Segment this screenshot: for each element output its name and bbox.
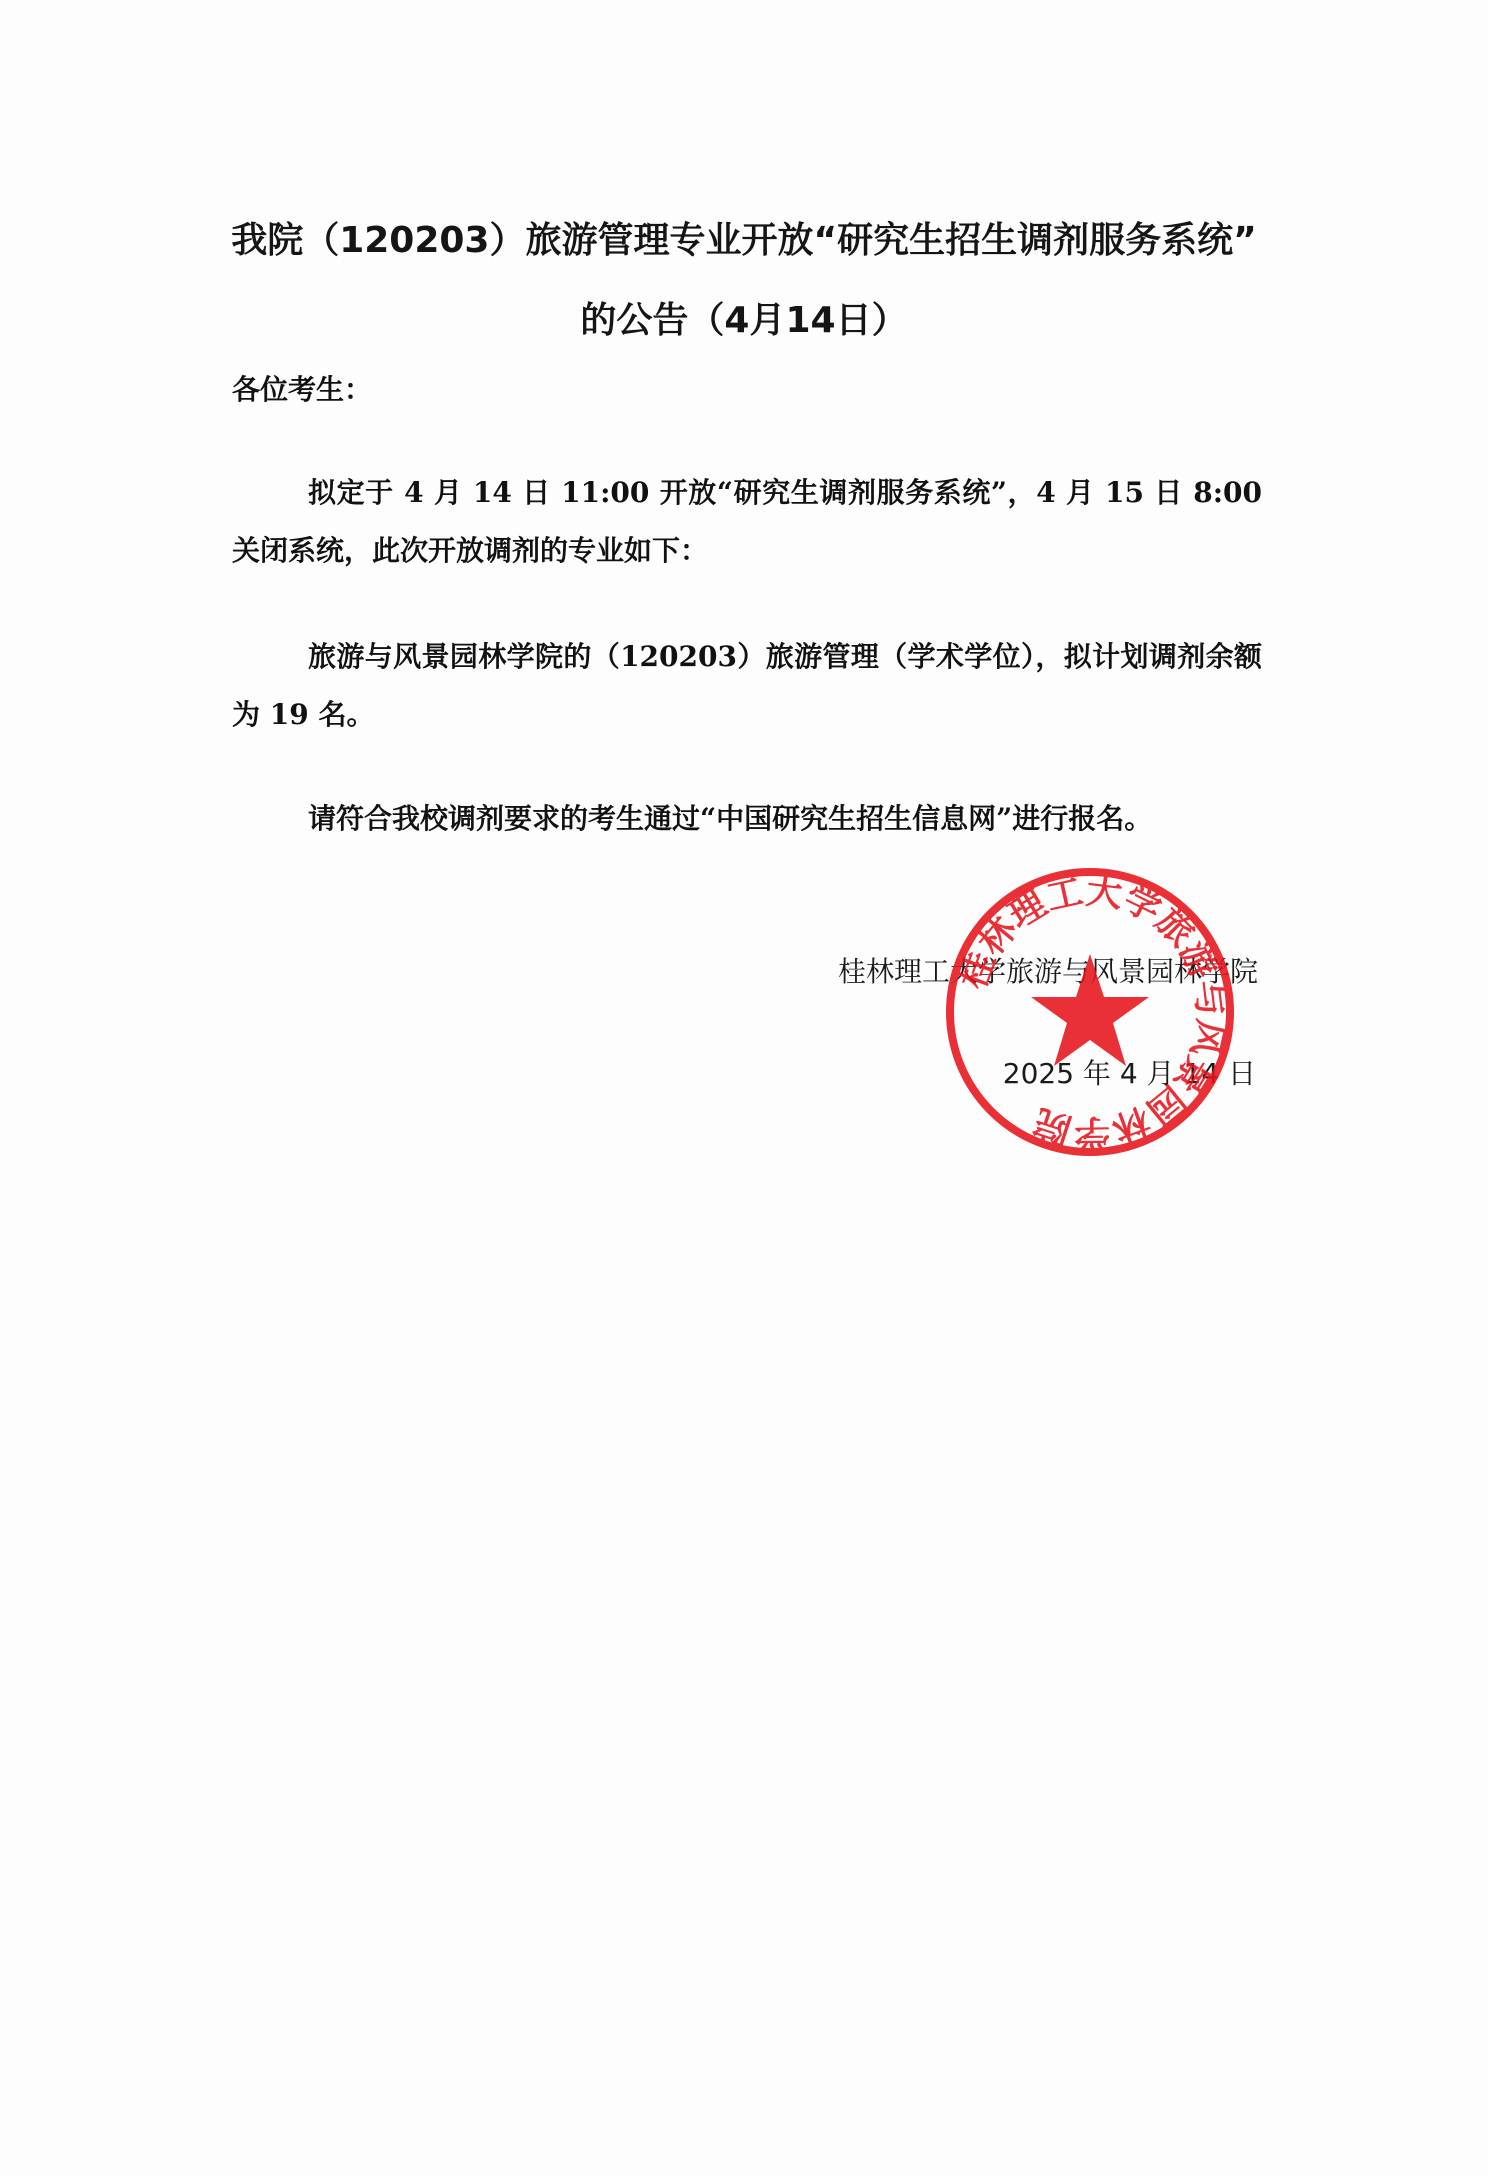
paragraph-registration: 请符合我校调剂要求的考生通过“中国研究生招生信息网”进行报名。 — [232, 790, 1262, 848]
paragraph-program-quota: 旅游与风景园林学院的（120203）旅游管理（学术学位），拟计划调剂余额为 19… — [232, 628, 1262, 744]
salutation: 各位考生： — [232, 368, 372, 408]
paragraph-schedule: 拟定于 4 月 14 日 11:00 开放“研究生调剂服务系统”，4 月 15 … — [232, 464, 1262, 580]
document-title-line-1: 我院（120203）旅游管理专业开放“研究生招生调剂服务系统” — [0, 212, 1488, 263]
star-icon — [1031, 954, 1149, 1066]
official-seal-stamp: 桂林理工大学旅游与风景园林学院 — [940, 862, 1240, 1162]
document-title-line-2: 的公告（4月14日） — [0, 292, 1488, 343]
document-page: 我院（120203）旅游管理专业开放“研究生招生调剂服务系统” 的公告（4月14… — [0, 0, 1488, 2176]
